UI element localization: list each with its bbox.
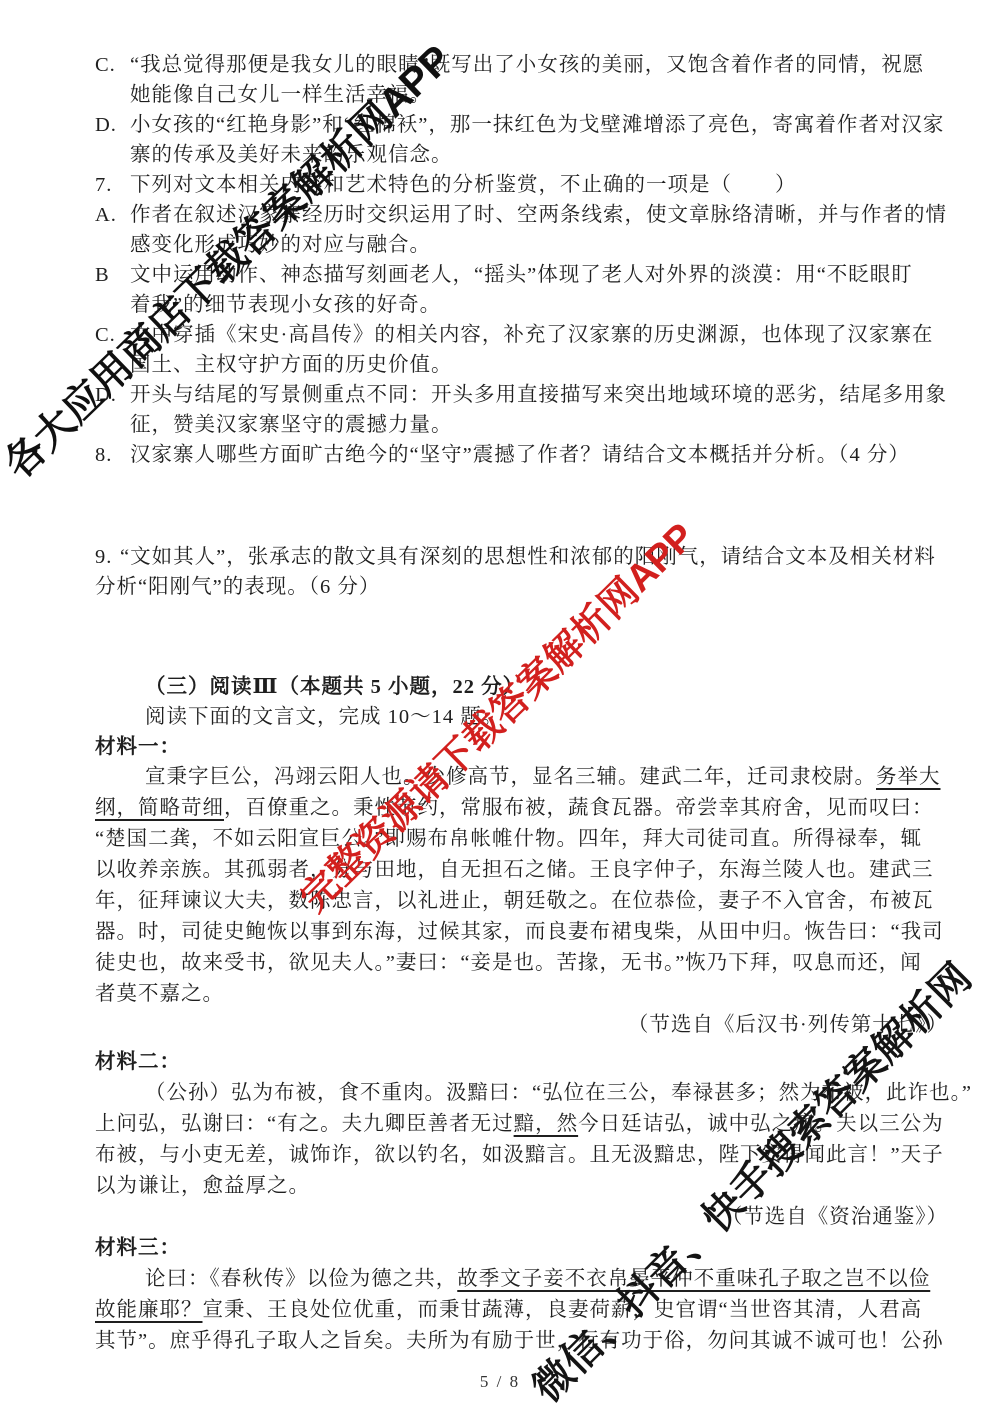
line-text: “我总觉得那便是我女儿的眼睛”既写出了小女孩的美丽，又饱含着作者的同情，祝愿 <box>130 50 924 80</box>
line-text: 布被，与小吏无差，诚饰诈，欲以钓名，如汲黯言。且无汲黯忠，陛下安得闻此言！”天子 <box>95 1140 944 1171</box>
line-text: （节选自《后汉书·列传第十七》） <box>628 1010 948 1041</box>
line-text: （三）阅读Ⅲ（本题共 5 小题，22 分） <box>145 672 524 702</box>
plain-text: 以为谦让，愈益厚之。 <box>95 1175 310 1197</box>
line-text: 国土、主权守护方面的历史价值。 <box>130 350 453 380</box>
line-text: 材料二： <box>95 1047 181 1078</box>
item-marker: D. <box>95 380 130 410</box>
question-9-line2: 分析“阳刚气”的表现。（6 分） <box>0 572 1000 602</box>
option-b-line1: B文中运用动作、神态描写刻画老人，“摇头”体现了老人对外界的淡漠：用“不眨眼盯 <box>0 260 1000 290</box>
line-text: 纲，简略苛细，百僚重之。秉性节约，常服布被，蔬食瓦器。帝尝幸其府舍，见而叹曰： <box>95 793 934 824</box>
line-text: 小女孩的“红艳身影”和“红棉袄”，那一抹红色为戈壁滩增添了亮色，寄寓着作者对汉家 <box>130 110 944 140</box>
material-1-line5: 年，征拜谏议大夫，数陈忠言，以礼进止，朝廷敬之。在位恭俭，妻子不入官舍，布被瓦 <box>0 886 1000 917</box>
line-text: 故能廉耶？宣秉、王良处位优重，而秉甘蔬薄，良妻荷薪，史官谓“当世咨其清，人君高 <box>95 1295 922 1326</box>
line-text: 开头与结尾的写景侧重点不同：开头多用直接描写来突出地域环境的恶劣，结尾多用象 <box>130 380 947 410</box>
line-text: 文中运用动作、神态描写刻画老人，“摇头”体现了老人对外界的淡漠：用“不眨眼盯 <box>130 260 913 290</box>
plain-text: 宣秉、王良处位优重，而秉甘蔬薄，良妻荷薪，史官谓“当世咨其清，人君高 <box>203 1299 923 1321</box>
item-marker: 7. <box>95 170 130 200</box>
underlined-text: 黯，然 <box>514 1113 579 1135</box>
plain-text: 论曰：《春秋传》以俭为德之共， <box>145 1268 457 1290</box>
option-a-line1: A.作者在叙述汉家寨经历时交织运用了时、空两条线索，使文章脉络清晰，并与作者的情 <box>0 200 1000 230</box>
plain-text: “我总觉得那便是我女儿的眼睛”既写出了小女孩的美丽，又饱含着作者的同情，祝愿 <box>130 54 924 76</box>
plain-text: 材料一： <box>95 736 181 758</box>
line-text: 汉家寨人哪些方面旷古绝今的“坚守”震撼了作者？请结合文本概括并分析。（4 分） <box>130 440 910 470</box>
line-text: 以收养亲族。其孤弱者，分与田地，自无担石之储。王良字仲子，东海兰陵人也。建武三 <box>95 855 934 886</box>
plain-text: 器。时，司徒史鲍恢以事到东海，过候其家，而良妻布裙曳柴，从田中归。恢告曰：“我司 <box>95 921 944 943</box>
plain-text: 感变化形成巧妙的对应与融合。 <box>130 234 431 256</box>
line-text: （节选自《资治通鉴》） <box>722 1202 948 1233</box>
plain-text: （公孙）弘为布被，食不重肉。汲黯曰：“弘位在三公，奉禄甚多；然为布被，此诈也。” <box>145 1082 972 1104</box>
line-text: 阅读下面的文言文，完成 10～14 题。 <box>145 702 503 732</box>
plain-text: 小女孩的“红艳身影”和“红棉袄”，那一抹红色为戈壁滩增添了亮色，寄寓着作者对汉家 <box>130 114 944 136</box>
plain-text: 下列对文本相关内容和艺术特色的分析鉴赏，不止确的一项是（ ） <box>130 174 797 196</box>
question-8: 8.汉家寨人哪些方面旷古绝今的“坚守”震撼了作者？请结合文本概括并分析。（4 分… <box>0 440 1000 470</box>
plain-text: “文如其人”，张承志的散文具有深刻的思想性和浓郁的阳刚气，请结合文本及相关材料 <box>120 546 936 568</box>
line-text: 寨的传承及美好未来的乐观信念。 <box>130 140 453 170</box>
plain-text: 汉家寨人哪些方面旷古绝今的“坚守”震撼了作者？请结合文本概括并分析。（4 分） <box>130 444 910 466</box>
line-text: 器。时，司徒史鲍恢以事到东海，过候其家，而良妻布裙曳柴，从田中归。恢告曰：“我司 <box>95 917 944 948</box>
material-1-line8: 者莫不嘉之。 <box>0 979 1000 1010</box>
line-text: 其节”。庶乎得孔子取人之旨矣。夫所为有励于世，行有功于俗，勿问其诚不诚可也！公孙 <box>95 1326 944 1357</box>
material-1-line7: 徒史也，故来受书，欲见夫人。”妻曰：“妾是也。苦掾，无书。”恢乃下拜，叹息而还，… <box>0 948 1000 979</box>
line-text: 分析“阳刚气”的表现。（6 分） <box>95 572 380 602</box>
plain-text: 其节”。庶乎得孔子取人之旨矣。夫所为有励于世，行有功于俗，勿问其诚不诚可也！公孙 <box>95 1330 944 1352</box>
material-1-line4: 以收养亲族。其孤弱者，分与田地，自无担石之储。王良字仲子，东海兰陵人也。建武三 <box>0 855 1000 886</box>
line-text: 宣秉字巨公，冯翊云阳人也。少修高节，显名三辅。建武二年，迁司隶校尉。务举大 <box>145 762 941 793</box>
line-text: 材料三： <box>95 1233 181 1264</box>
item-marker: A. <box>95 200 130 230</box>
underlined-text: 务举大 <box>876 766 941 788</box>
line-text: 作者在叙述汉家寨经历时交织运用了时、空两条线索，使文章脉络清晰，并与作者的情 <box>130 200 947 230</box>
item-marker: B <box>95 260 130 290</box>
option-c-line1: C.“我总觉得那便是我女儿的眼睛”既写出了小女孩的美丽，又饱含着作者的同情，祝愿 <box>0 50 1000 80</box>
plain-text: 她能像自己女儿一样生活幸福。 <box>130 84 431 106</box>
plain-text: 着我”的细节表现小女孩的好奇。 <box>130 294 441 316</box>
line-text: 文中穿插《宋史·高昌传》的相关内容，补充了汉家寨的历史渊源，也体现了汉家寨在 <box>130 320 933 350</box>
option-d7-line1: D.开头与结尾的写景侧重点不同：开头多用直接描写来突出地域环境的恶劣，结尾多用象 <box>0 380 1000 410</box>
page-number: 5 / 8 <box>0 1367 1000 1397</box>
plain-text: 以收养亲族。其孤弱者，分与田地，自无担石之储。王良字仲子，东海兰陵人也。建武三 <box>95 859 934 881</box>
plain-text: （节选自《后汉书·列传第十七》） <box>628 1014 948 1036</box>
option-a-line2: 感变化形成巧妙的对应与融合。 <box>0 230 1000 260</box>
plain-text: 作者在叙述汉家寨经历时交织运用了时、空两条线索，使文章脉络清晰，并与作者的情 <box>130 204 947 226</box>
plain-text: 徒史也，故来受书，欲见夫人。”妻曰：“妾是也。苦掾，无书。”恢乃下拜，叹息而还，… <box>95 952 922 974</box>
section-3-heading: （三）阅读Ⅲ（本题共 5 小题，22 分） <box>0 672 1000 702</box>
material-3-line1: 论曰：《春秋传》以俭为德之共，故季文子妾不衣帛晏平仲不重味孔子取之岂不以俭 <box>0 1264 1000 1295</box>
line-text: 徒史也，故来受书，欲见夫人。”妻曰：“妾是也。苦掾，无书。”恢乃下拜，叹息而还，… <box>95 948 922 979</box>
question-7: 7.下列对文本相关内容和艺术特色的分析鉴赏，不止确的一项是（ ） <box>0 170 1000 200</box>
option-d-line1: D.小女孩的“红艳身影”和“红棉袄”，那一抹红色为戈壁滩增添了亮色，寄寓着作者对… <box>0 110 1000 140</box>
plain-text: 文中运用动作、神态描写刻画老人，“摇头”体现了老人对外界的淡漠：用“不眨眼盯 <box>130 264 913 286</box>
plain-text: 宣秉字巨公，冯翊云阳人也。少修高节，显名三辅。建武二年，迁司隶校尉。 <box>145 766 876 788</box>
item-marker: C. <box>95 50 130 80</box>
plain-text: 上问弘，弘谢曰：“有之。夫九卿臣善者无过 <box>95 1113 514 1135</box>
line-text: “楚国二龚，不如云阳宣巨公。”即赐布帛帐帷什物。四年，拜大司徒司直。所得禄奉，辄 <box>95 824 922 855</box>
line-text: 材料一： <box>95 732 181 762</box>
material-2-label: 材料二： <box>0 1047 1000 1078</box>
line-text: 年，征拜谏议大夫，数陈忠言，以礼进止，朝廷敬之。在位恭俭，妻子不入官舍，布被瓦 <box>95 886 934 917</box>
plain-text: 5 / 8 <box>480 1372 520 1391</box>
plain-text: ，百僚重之。秉性节约，常服布被，蔬食瓦器。帝尝幸其府舍，见而叹曰： <box>224 797 934 819</box>
line-text: 者莫不嘉之。 <box>95 979 224 1010</box>
plain-text: 征，赞美汉家寨坚守的震撼力量。 <box>130 414 453 436</box>
question-9-line1: 9.“文如其人”，张承志的散文具有深刻的思想性和浓郁的阳刚气，请结合文本及相关材… <box>0 542 1000 572</box>
item-marker: C. <box>95 320 130 350</box>
material-3-label: 材料三： <box>0 1233 1000 1264</box>
material-1-label: 材料一： <box>0 732 1000 762</box>
plain-text: （节选自《资治通鉴》） <box>722 1206 948 1228</box>
material-1-line3: “楚国二龚，不如云阳宣巨公。”即赐布帛帐帷什物。四年，拜大司徒司直。所得禄奉，辄 <box>0 824 1000 855</box>
plain-text: 者莫不嘉之。 <box>95 983 224 1005</box>
exam-page: C.“我总觉得那便是我女儿的眼睛”既写出了小女孩的美丽，又饱含着作者的同情，祝愿… <box>0 0 1000 1414</box>
passage-intro: 阅读下面的文言文，完成 10～14 题。 <box>0 702 1000 732</box>
option-c-line2: 她能像自己女儿一样生活幸福。 <box>0 80 1000 110</box>
plain-text: 布被，与小吏无差，诚饰诈，欲以钓名，如汲黯言。且无汲黯忠，陛下安得闻此言！”天子 <box>95 1144 944 1166</box>
item-marker: D. <box>95 110 130 140</box>
material-1-line2: 纲，简略苛细，百僚重之。秉性节约，常服布被，蔬食瓦器。帝尝幸其府舍，见而叹曰： <box>0 793 1000 824</box>
option-c7-line2: 国土、主权守护方面的历史价值。 <box>0 350 1000 380</box>
material-3-line2: 故能廉耶？宣秉、王良处位优重，而秉甘蔬薄，良妻荷薪，史官谓“当世咨其清，人君高 <box>0 1295 1000 1326</box>
material-1-source: （节选自《后汉书·列传第十七》） <box>0 1010 1000 1041</box>
material-2-line1: （公孙）弘为布被，食不重肉。汲黯曰：“弘位在三公，奉禄甚多；然为布被，此诈也。” <box>0 1078 1000 1109</box>
underlined-text: 故能廉耶？ <box>95 1299 203 1321</box>
line-text: 论曰：《春秋传》以俭为德之共，故季文子妾不衣帛晏平仲不重味孔子取之岂不以俭 <box>145 1264 930 1295</box>
line-text: （公孙）弘为布被，食不重肉。汲黯曰：“弘位在三公，奉禄甚多；然为布被，此诈也。” <box>145 1078 972 1109</box>
plain-text: 国土、主权守护方面的历史价值。 <box>130 354 453 376</box>
document-lines: C.“我总觉得那便是我女儿的眼睛”既写出了小女孩的美丽，又饱含着作者的同情，祝愿… <box>0 0 1000 1397</box>
option-d7-line2: 征，赞美汉家寨坚守的震撼力量。 <box>0 410 1000 440</box>
line-text: “文如其人”，张承志的散文具有深刻的思想性和浓郁的阳刚气，请结合文本及相关材料 <box>120 542 936 572</box>
line-text: 她能像自己女儿一样生活幸福。 <box>130 80 431 110</box>
line-text: 着我”的细节表现小女孩的好奇。 <box>130 290 441 320</box>
item-marker: 9. <box>95 542 120 572</box>
material-1-line6: 器。时，司徒史鲍恢以事到东海，过候其家，而良妻布裙曳柴，从田中归。恢告曰：“我司 <box>0 917 1000 948</box>
plain-text: 文中穿插《宋史·高昌传》的相关内容，补充了汉家寨的历史渊源，也体现了汉家寨在 <box>130 324 933 346</box>
plain-text: 寨的传承及美好未来的乐观信念。 <box>130 144 453 166</box>
material-1-line1: 宣秉字巨公，冯翊云阳人也。少修高节，显名三辅。建武二年，迁司隶校尉。务举大 <box>0 762 1000 793</box>
plain-text: 今日廷诘弘，诚中弘之病。夫以三公为 <box>578 1113 944 1135</box>
underlined-text: 纲，简略苛细 <box>95 797 224 819</box>
plain-text: 阅读下面的文言文，完成 10～14 题。 <box>145 706 503 728</box>
plain-text: 分析“阳刚气”的表现。（6 分） <box>95 576 380 598</box>
plain-text: “楚国二龚，不如云阳宣巨公。”即赐布帛帐帷什物。四年，拜大司徒司直。所得禄奉，辄 <box>95 828 922 850</box>
line-text: 5 / 8 <box>480 1367 520 1397</box>
plain-text: 材料二： <box>95 1051 181 1073</box>
line-text: 下列对文本相关内容和艺术特色的分析鉴赏，不止确的一项是（ ） <box>130 170 797 200</box>
line-text: 上问弘，弘谢曰：“有之。夫九卿臣善者无过黯，然今日廷诘弘，诚中弘之病。夫以三公为 <box>95 1109 944 1140</box>
option-d-line2: 寨的传承及美好未来的乐观信念。 <box>0 140 1000 170</box>
plain-text: 开头与结尾的写景侧重点不同：开头多用直接描写来突出地域环境的恶劣，结尾多用象 <box>130 384 947 406</box>
material-3-line3: 其节”。庶乎得孔子取人之旨矣。夫所为有励于世，行有功于俗，勿问其诚不诚可也！公孙 <box>0 1326 1000 1357</box>
plain-text: （三）阅读Ⅲ（本题共 5 小题，22 分） <box>145 676 524 698</box>
line-text: 感变化形成巧妙的对应与融合。 <box>130 230 431 260</box>
material-2-line3: 布被，与小吏无差，诚饰诈，欲以钓名，如汲黯言。且无汲黯忠，陛下安得闻此言！”天子 <box>0 1140 1000 1171</box>
option-b-line2: 着我”的细节表现小女孩的好奇。 <box>0 290 1000 320</box>
material-2-source: （节选自《资治通鉴》） <box>0 1202 1000 1233</box>
plain-text: 年，征拜谏议大夫，数陈忠言，以礼进止，朝廷敬之。在位恭俭，妻子不入官舍，布被瓦 <box>95 890 934 912</box>
material-2-line2: 上问弘，弘谢曰：“有之。夫九卿臣善者无过黯，然今日廷诘弘，诚中弘之病。夫以三公为 <box>0 1109 1000 1140</box>
underlined-text: 故季文子妾不衣帛晏平仲不重味孔子取之岂不以俭 <box>457 1268 930 1290</box>
plain-text: 材料三： <box>95 1237 181 1259</box>
line-text: 征，赞美汉家寨坚守的震撼力量。 <box>130 410 453 440</box>
item-marker: 8. <box>95 440 130 470</box>
material-2-line4: 以为谦让，愈益厚之。 <box>0 1171 1000 1202</box>
line-text: 以为谦让，愈益厚之。 <box>95 1171 310 1202</box>
option-c7-line1: C.文中穿插《宋史·高昌传》的相关内容，补充了汉家寨的历史渊源，也体现了汉家寨在 <box>0 320 1000 350</box>
